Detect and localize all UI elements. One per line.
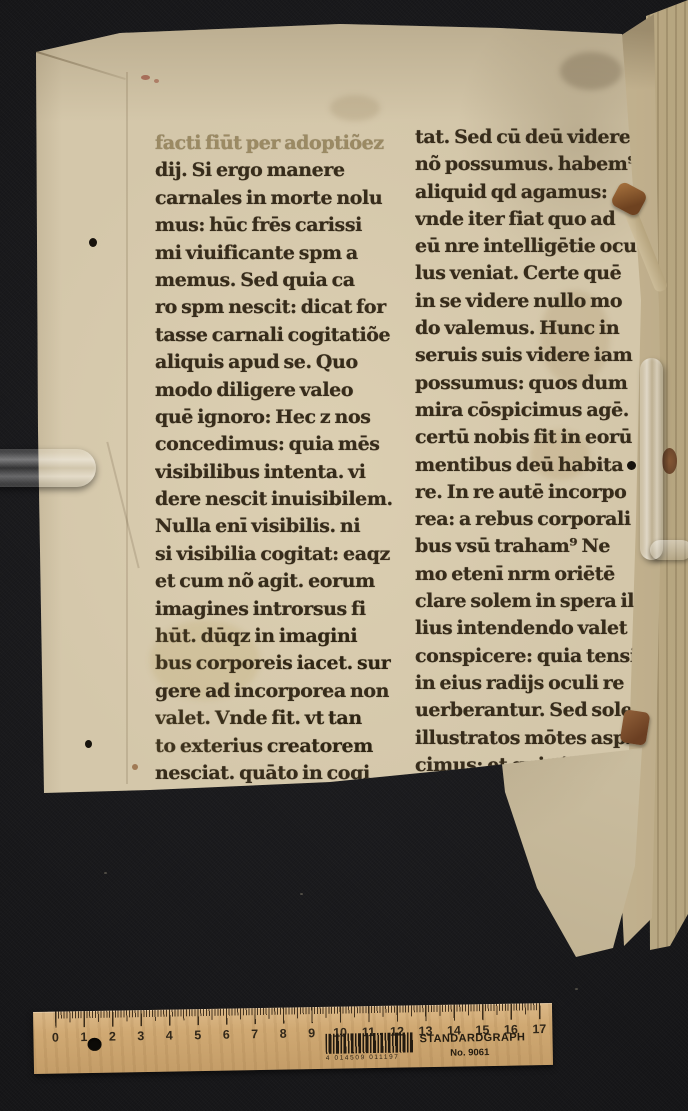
- glass-weight-right: [640, 358, 663, 560]
- manuscript-text-line: hūt. dūqz in imagini: [155, 623, 411, 650]
- ruler-barcode: 4 014509 011197: [325, 1032, 413, 1062]
- manuscript-text-line: si visibilia cogitat: eaqz: [155, 541, 411, 568]
- manuscript-text-line: mo etenī nrm oriētē: [415, 561, 647, 588]
- manuscript-text-line: uerberantur. Sed sole: [415, 697, 647, 724]
- ruler-number: 17: [532, 1022, 546, 1036]
- ruler-number: 9: [308, 1026, 315, 1040]
- manuscript-text-line: do valemus. Hunc in: [415, 315, 647, 342]
- ruler-ticks: [55, 1003, 542, 1018]
- manuscript-text-line: visibilibus intenta. vi: [155, 459, 411, 486]
- manuscript-text-line: mi viuificante spm a: [155, 240, 411, 267]
- manuscript-text-line: re. In re autē incorpo: [415, 479, 647, 506]
- photo-scene: facti fiūt per adoptiõezdij. Si ergo man…: [0, 0, 688, 1111]
- ruler-number: 8: [280, 1027, 287, 1041]
- text-column-left: facti fiūt per adoptiõezdij. Si ergo man…: [155, 130, 411, 787]
- manuscript-text-line: rea: a rebus corporali: [415, 506, 647, 533]
- manuscript-text-line: conspicere: quia tensi: [415, 643, 647, 670]
- stain: [330, 95, 380, 121]
- manuscript-text-line: clare solem in spera il: [415, 588, 647, 615]
- wormhole-spot: [89, 238, 97, 247]
- glass-weight-right-tail: [650, 540, 688, 560]
- ruler-model: No. 9061: [420, 1047, 520, 1060]
- manuscript-text-line: gere ad incorporea non: [155, 678, 411, 705]
- manuscript-text-line: aliquis apud se. Quo: [155, 349, 411, 376]
- ruler-hole: [87, 1038, 101, 1051]
- ruler-number: 7: [251, 1027, 258, 1041]
- manuscript-text-line: seruis suis videre iam: [415, 342, 647, 369]
- manuscript-text-line: in eius radijs oculi re: [415, 670, 647, 697]
- manuscript-text-line: valet. Vnde fit. vt tan: [155, 705, 411, 732]
- ruler: 01234567891011121314151617 4 014509 0111…: [33, 1003, 553, 1074]
- top-left-fold-crease: [33, 50, 125, 80]
- barcode-bars: [325, 1032, 413, 1054]
- glass-weight-left: [0, 449, 96, 487]
- manuscript-text-line: vnde iter fiat quo ad: [415, 206, 647, 233]
- manuscript-text-line: carnales in morte nolu: [155, 185, 411, 212]
- manuscript-text-line: mira cōspicimus agē.: [415, 397, 647, 424]
- manuscript-text-line: ro spm nescit: dicat for: [155, 294, 411, 321]
- manuscript-text-line: tasse carnali cogitatiõe: [155, 322, 411, 349]
- ruler-number: 6: [223, 1028, 230, 1042]
- ruler-number: 1: [80, 1030, 87, 1044]
- margin-ruling-line: [126, 72, 128, 784]
- manuscript-text-line: modo diligere valeo: [155, 377, 411, 404]
- manuscript-text-line: lus veniat. Certe quē: [415, 260, 647, 287]
- rust-clasp-remnant: [662, 448, 677, 474]
- manuscript-text-line: lius intendendo valet: [415, 615, 647, 642]
- manuscript-text-line: et cum nõ agit. eorum: [155, 568, 411, 595]
- ruler-number: 2: [109, 1030, 116, 1044]
- manuscript-text-line: bus vsū traham⁹ Ne: [415, 533, 647, 560]
- manuscript-text-line: bus corporeis iacet. sur: [155, 650, 411, 677]
- manuscript-text-line: concedimus: quia mēs: [155, 431, 411, 458]
- manuscript-text-line: facti fiūt per adoptiõez: [155, 130, 411, 157]
- brown-spot: [132, 764, 138, 770]
- manuscript-text-line: in se videre nullo mo: [415, 288, 647, 315]
- ruler-brand-block: STANDARDGRAPH No. 9061: [419, 1032, 519, 1060]
- manuscript-text-line: to exterius creatorem: [155, 733, 411, 760]
- leather-tab-lower: [620, 709, 651, 746]
- ruler-brand: STANDARDGRAPH: [419, 1032, 519, 1046]
- manuscript-text-line: dij. Si ergo manere: [155, 157, 411, 184]
- manuscript-text-line: illustratos mōtes aspi: [415, 725, 647, 752]
- manuscript-text-line: Nulla enī visibilis. ni: [155, 513, 411, 540]
- manuscript-text-line: tat. Sed cū deū videre: [415, 124, 647, 151]
- manuscript-text-line: eū nre intelligētie ocu: [415, 233, 647, 260]
- manuscript-text-line: memus. Sed quia ca: [155, 267, 411, 294]
- text-column-right: tat. Sed cū deū viderenõ possumus. habem…: [415, 124, 647, 779]
- ruler-number: 3: [137, 1029, 144, 1043]
- stain: [560, 52, 622, 90]
- manuscript-text-line: quē ignoro: Hec z nos: [155, 404, 411, 431]
- manuscript-text-line: certū nobis fit in eorū: [415, 424, 647, 451]
- manuscript-text-line: nesciat. quāto in cogi: [155, 760, 411, 787]
- manuscript-text-line: imagines introrsus fi: [155, 596, 411, 623]
- ruler-number: 0: [52, 1031, 59, 1045]
- red-mark: [154, 79, 159, 83]
- manuscript-text-line: dere nescit inuisibilem.: [155, 486, 411, 513]
- red-mark: [141, 75, 150, 80]
- manuscript-text-line: nõ possumus. habem⁹: [415, 151, 647, 178]
- manuscript-text-line: mentibus deū habita: [415, 452, 647, 479]
- wormhole-spot: [85, 740, 92, 748]
- ruler-number: 4: [166, 1029, 173, 1043]
- ruler-number: 5: [194, 1028, 201, 1042]
- manuscript-text-line: possumus: quos dum: [415, 370, 647, 397]
- barcode-digits: 4 014509 011197: [326, 1053, 414, 1062]
- manuscript-text-line: mus: hūc frēs carissi: [155, 212, 411, 239]
- left-margin-crease: [106, 442, 139, 569]
